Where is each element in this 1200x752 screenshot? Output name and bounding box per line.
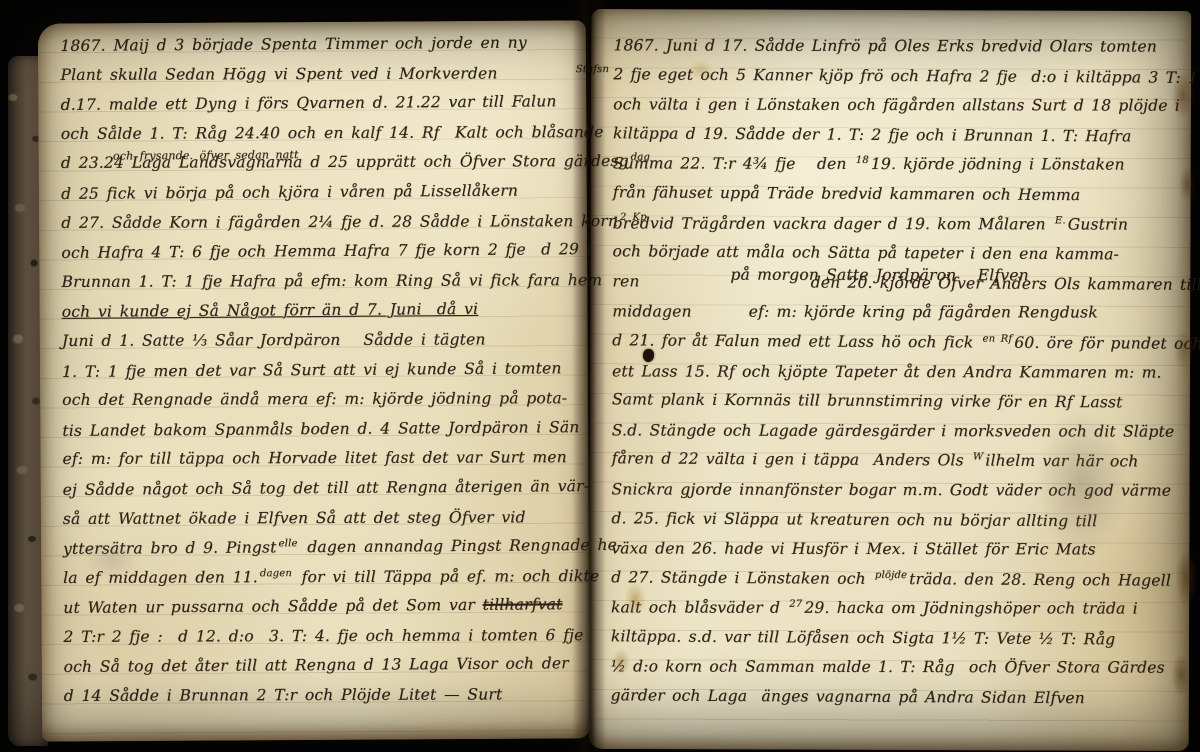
line-text: så att Wattnet ökade i Elfven Så att det… (63, 508, 526, 528)
manuscript-line: d.17. malde ett Dyng i förs Qvarnen d. 2… (61, 87, 581, 120)
line-text: 2 fje eget och 5 Kanner kjöp frö och Haf… (613, 65, 1200, 87)
manuscript-line: Brunnan 1. T: 1 fje Hafra på efm: kom Ri… (61, 266, 581, 297)
manuscript-line: ett Lass 15. Rf och kjöpte Tapeter åt de… (612, 357, 1186, 388)
line-text: for vi till Täppa på ef. m: och dikte (294, 567, 599, 586)
interline-superscript: 18 (856, 155, 869, 166)
line-text: Snickra gjorde innanfönster bogar m.m. G… (611, 480, 1171, 499)
line-text: 2 T:r 2 fje : d 12. d:o 3. T: 4. fje och… (63, 626, 583, 646)
manuscript-line: S.d. Stängde och Lagade gärdesgärder i m… (612, 416, 1186, 447)
line-text: från fähuset uppå Träde bredvid kammaren… (613, 183, 1081, 204)
line-text: kalt och blåsväder d (611, 599, 787, 617)
line-text: 60. öre för pundet och Råg (1014, 334, 1200, 353)
line-text: 1867. Maij d 3 började Spenta Timmer och… (60, 33, 527, 54)
manuscript-line: 1867. Maij d 3 började Spenta Timmer och… (60, 28, 580, 61)
manuscript-line: Summa 22. T:r 4¾ fje den 1819. kjörde jö… (613, 150, 1187, 181)
manuscript-line: 2 fje eget och 5 Kanner kjöp frö och Haf… (613, 60, 1187, 93)
manuscript-line: växa den 26. hade vi Husför i Mex. i Stä… (611, 534, 1185, 565)
manuscript-line: d 25 fick vi börja på och kjöra i våren … (61, 176, 581, 209)
manuscript-line: tis Landet bakom Spanmåls boden d. 4 Sat… (62, 413, 582, 446)
line-text: d 21. for åt Falun med ett Lass hö och f… (612, 331, 980, 351)
manuscript-photo: 1867. Maij d 3 började Spenta Timmer och… (0, 0, 1200, 752)
line-text: träda. den 28. Reng och Hagell (909, 570, 1171, 590)
line-text: ½ d:o korn och Samman malde 1. T: Råg oc… (611, 658, 1165, 677)
manuscript-line: yttersätra bro d 9. Pingstelle dagen ann… (63, 531, 583, 564)
line-text: 19. kjörde jödning i Lönstaken (871, 155, 1125, 174)
manuscript-line: Samt plank i Kornnäs till brunnstimring … (612, 385, 1186, 418)
line-text: och välta i gen i Lönstaken och fägården… (613, 96, 1180, 115)
manuscript-line: kalt och blåsväder d 2729. hacka om Jödn… (611, 594, 1185, 625)
manuscript-line: 1867. Juni d 17. Sådde Linfrö på Oles Er… (613, 31, 1187, 62)
line-text: och det Rengnade ändå mera ef: m: kjörde… (62, 389, 567, 409)
manuscript-line: ½ d:o korn och Samman malde 1. T: Råg oc… (611, 653, 1185, 684)
manuscript-line: Plant skulla Sedan Högg vi Spent ved i M… (60, 59, 580, 90)
manuscript-line: 2 T:r 2 fje : d 12. d:o 3. T: 4. fje och… (63, 621, 583, 652)
manuscript-line-underlined: och vi kunde ej Så Något förr än d 7. Ju… (62, 294, 582, 327)
interline-superscript: en Rf (982, 333, 1012, 344)
line-text: S.d. Stängde och Lagade gärdesgärder i m… (612, 421, 1175, 440)
line-text: d 23.24 Laga Landsvagnarna d 25 upprätt … (61, 152, 629, 172)
line-text: och Sålde 1. T: Råg 24.40 och en kalf 14… (61, 123, 604, 143)
manuscript-line: bredvid Trägården vackra dager d 19. kom… (613, 209, 1187, 240)
manuscript-line: så att Wattnet ökade i Elfven Så att det… (63, 503, 583, 534)
manuscript-line: middagen ef: m: kjörde kring på fägården… (612, 298, 1186, 329)
line-text: kiltäppa d 19. Sådde der 1. T: 2 fje och… (613, 124, 1132, 145)
interline-superscript: E. (1055, 215, 1066, 226)
line-text: d 27. Sådde Korn i fägården 2¼ fje d. 28… (61, 212, 618, 232)
line-text: ilhelm var här och (985, 452, 1138, 471)
manuscript-line: ren den 20. kjörde Öfver Anders Ols kamm… (612, 267, 1186, 300)
line-text: la ef middagen den 11. (63, 568, 258, 587)
manuscript-line: och välta i gen i Lönstaken och fägården… (613, 91, 1187, 122)
line-text: Gustrin (1068, 215, 1128, 233)
line-text: ren den 20. kjörde Öfver Anders Ols kamm… (612, 272, 1200, 294)
manuscript-line: d 27. Sådde Korn i fägården 2¼ fje d. 28… (61, 207, 581, 238)
manuscript-line: Snickra gjorde innanfönster bogar m.m. G… (611, 475, 1185, 506)
line-text: 1. T: 1 fje men det var Så Surt att vi e… (62, 359, 562, 381)
manuscript-line: ut Waten ur pussarna och Sådde på det So… (63, 590, 583, 623)
line-text: kiltäppa. s.d. var till Löfåsen och Sigt… (611, 627, 1116, 648)
line-text: dagen annandag Pingst Rengnade he- (300, 536, 623, 556)
manuscript-line: d 14 Sådde i Brunnan 2 T:r och Plöjde Li… (64, 680, 584, 711)
manuscript-line: d. 25. fick vi Släppa ut kreaturen och n… (611, 504, 1185, 537)
line-text: d 14 Sådde i Brunnan 2 T:r och Plöjde Li… (64, 685, 503, 705)
manuscript-line: la ef middagen den 11.dagen for vi till … (63, 562, 583, 593)
interline-superscript: dagen (260, 568, 292, 579)
line-text: gärder och Laga änges vagnarna på Andra … (611, 686, 1085, 707)
line-text: och vi kunde ej Så Något förr än d 7. Ju… (62, 300, 479, 321)
manuscript-line: kiltäppa d 19. Sådde der 1. T: 2 fje och… (613, 119, 1187, 152)
manuscript-line: ej Sådde något och Så tog det till att R… (63, 472, 583, 505)
line-text: och började att måla och Sätta på tapete… (612, 242, 1119, 263)
manuscript-line: och det Rengnade ändå mera ef: m: kjörde… (62, 384, 582, 415)
manuscript-line: gärder och Laga änges vagnarna på Andra … (610, 681, 1184, 714)
line-text: yttersätra bro d 9. Pingst (63, 538, 277, 558)
line-text: ej Sådde något och Så tog det till att R… (63, 477, 590, 499)
manuscript-line: 1. T: 1 fje men det var Så Surt att vi e… (62, 354, 582, 387)
manuscript-line: från fähuset uppå Träde bredvid kammaren… (613, 178, 1187, 211)
left-page-text: 1867. Maij d 3 började Spenta Timmer och… (60, 29, 584, 712)
manuscript-line: fåren d 22 välta i gen i täppa Anders Ol… (612, 445, 1186, 478)
line-text: Samt plank i Kornnäs till brunnstimring … (612, 390, 1123, 411)
manuscript-line: ef: m: for till täppa och Horvade litet … (62, 443, 582, 474)
interline-superscript: elle (278, 538, 297, 549)
interline-superscript: W (973, 452, 984, 463)
right-page-text: 1867. Juni d 17. Sådde Linfrö på Oles Er… (611, 31, 1188, 714)
line-text: d. 25. fick vi Släppa ut kreaturen och n… (611, 509, 1097, 530)
interline-superscript: 27 (789, 599, 802, 610)
line-text: och Så tog det åter till att Rengna d 13… (63, 655, 568, 677)
line-text: 29. hacka om Jödningshöper och träda i (804, 599, 1138, 618)
interline-superscript: Stafsn (576, 63, 609, 74)
line-text: och Hafra 4 T: 6 fje och Hemma Hafra 7 f… (61, 240, 592, 262)
line-text: d 27. Stängde i Lönstaken och (611, 568, 873, 588)
line-text: Summa 22. T:r 4¾ fje den (613, 155, 854, 174)
line-text: bredvid Trägården vackra dager d 19. kom… (613, 214, 1053, 233)
line-text: 1867. Juni d 17. Sådde Linfrö på Oles Er… (613, 36, 1157, 55)
manuscript-line: och Så tog det åter till att Rengna d 13… (63, 650, 583, 683)
line-text: Juni d 1. Satte ⅓ Såar Jordpäron Sådde i… (62, 330, 486, 349)
line-text: Plant skulla Sedan Högg vi Spent ved i M… (60, 64, 573, 84)
line-text: växa den 26. hade vi Husför i Mex. i Stä… (611, 539, 1096, 558)
line-text: d 25 fick vi börja på och kjöra i våren … (61, 182, 518, 203)
manuscript-line: och Hafra 4 T: 6 fje och Hemma Hafra 7 f… (61, 235, 581, 268)
manuscript-line: Juni d 1. Satte ⅓ Såar Jordpäron Sådde i… (62, 325, 582, 356)
line-text: Brunnan 1. T: 1 fje Hafra på efm: kom Ri… (62, 271, 603, 291)
line-text: middagen ef: m: kjörde kring på fägården… (612, 303, 1098, 322)
manuscript-line: d 23.24 Laga Landsvagnarna d 25 upprätt … (61, 147, 581, 178)
struck-word: tillharfvat (483, 596, 563, 615)
manuscript-line: och Sålde 1. T: Råg 24.40 och en kalf 14… (61, 118, 581, 149)
interline-superscript: plöjde (875, 569, 907, 580)
line-text: ut Waten ur pussarna och Sådde på det So… (63, 596, 483, 617)
line-text: ett Lass 15. Rf och kjöpte Tapeter åt de… (612, 362, 1162, 381)
line-text: ef: m: for till täppa och Horvade litet … (62, 448, 566, 468)
line-text: tis Landet bakom Spanmåls boden d. 4 Sat… (62, 418, 579, 440)
manuscript-line: d 27. Stängde i Lönstaken och plöjdeträd… (611, 563, 1185, 596)
manuscript-line: d 21. for åt Falun med ett Lass hö och f… (612, 326, 1186, 359)
manuscript-line: kiltäppa. s.d. var till Löfåsen och Sigt… (611, 622, 1185, 655)
line-text: d.17. malde ett Dyng i förs Qvarnen d. 2… (61, 92, 557, 114)
line-text: fåren d 22 välta i gen i täppa Anders Ol… (612, 450, 971, 470)
